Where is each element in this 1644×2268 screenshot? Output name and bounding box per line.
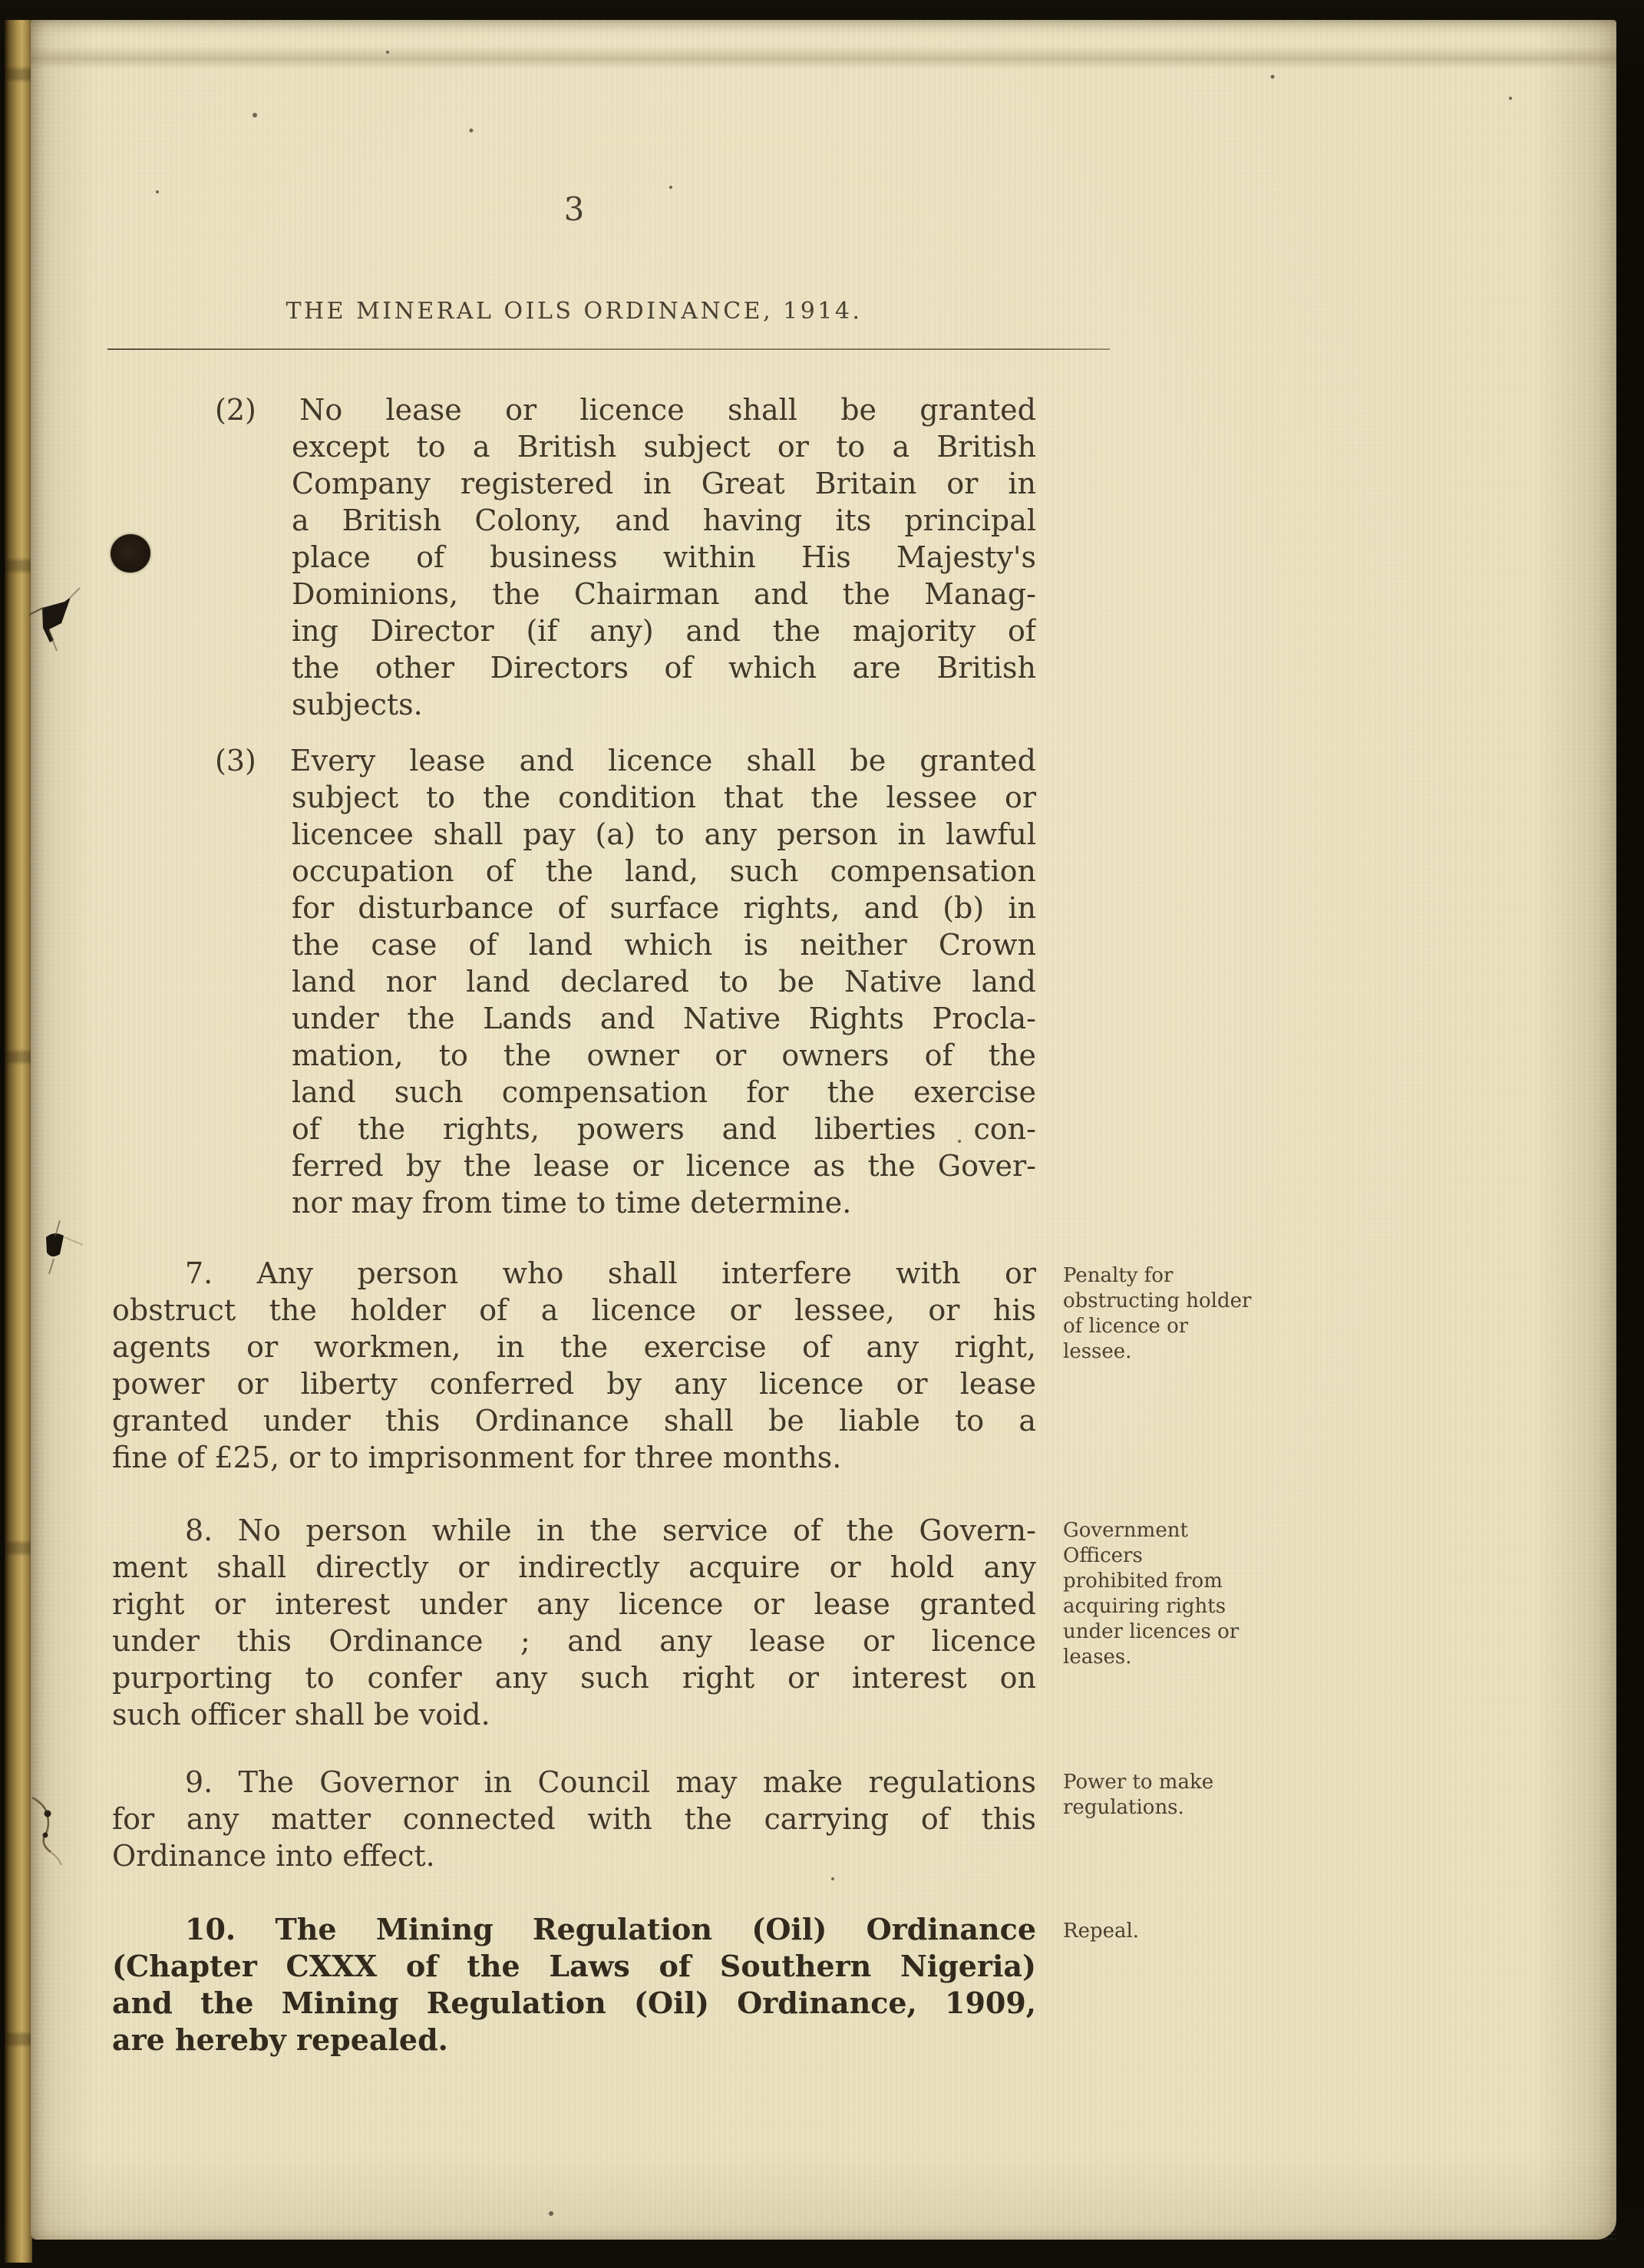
text-line: are hereby repealed.	[112, 2022, 1036, 2058]
document-page: 3 THE MINERAL OILS ORDINANCE, 1914. (2) …	[31, 20, 1616, 2240]
note-line: regulations.	[1063, 1795, 1324, 1821]
text-line: granted under this Ordinance shall be li…	[112, 1402, 1036, 1439]
text-line: a British Colony, and having its princip…	[292, 502, 1036, 539]
note-line: acquiring rights	[1063, 1594, 1324, 1619]
note-line: leases.	[1063, 1645, 1324, 1670]
text-line: ferred by the lease or licence as the Go…	[292, 1147, 1036, 1184]
section-8: 8. No person while in the service of the…	[112, 1512, 1036, 1733]
margin-note-power: Power to make regulations.	[1063, 1770, 1324, 1821]
note-line: prohibited from	[1063, 1569, 1324, 1594]
note-line: Government	[1063, 1518, 1324, 1543]
section-7: 7. Any person who shall interfere with o…	[112, 1255, 1036, 1476]
text-line: for any matter connected with the carryi…	[112, 1801, 1036, 1837]
text-line: place of business within His Majesty's	[292, 539, 1036, 576]
scan-dirt-band	[31, 46, 1616, 69]
text-line: ment shall directly or indirectly acquir…	[112, 1549, 1036, 1586]
text-line: Dominions, the Chairman and the Manag-	[292, 576, 1036, 612]
text-line: the case of land which is neither Crown	[292, 926, 1036, 963]
subsection-2: (2) No lease or licence shall be granted…	[215, 391, 1036, 723]
text-line: land nor land declared to be Native land	[292, 963, 1036, 1000]
section-10: 10. The Mining Regulation (Oil) Ordinanc…	[112, 1911, 1036, 2058]
text-line: and the Mining Regulation (Oil) Ordinanc…	[112, 1985, 1036, 2022]
text-line: 7. Any person who shall interfere with o…	[112, 1255, 1036, 1292]
text-line: Ordinance into effect.	[112, 1837, 1036, 1874]
margin-note-government-officers: Government Officers prohibited from acqu…	[1063, 1518, 1324, 1670]
scanned-document: 3 THE MINERAL OILS ORDINANCE, 1914. (2) …	[0, 0, 1644, 2268]
note-line: Officers	[1063, 1543, 1324, 1569]
note-line: lessee.	[1063, 1339, 1324, 1365]
section-9: 9. The Governor in Council may make regu…	[112, 1764, 1036, 1874]
note-line: Repeal.	[1063, 1919, 1324, 1944]
text-line: fine of £25, or to imprisonment for thre…	[112, 1439, 1036, 1476]
note-line: of licence or	[1063, 1314, 1324, 1339]
text-line: obstruct the holder of a licence or less…	[112, 1292, 1036, 1329]
text-line: for disturbance of surface rights, and (…	[292, 890, 1036, 926]
text-line: licencee shall pay (a) to any person in …	[292, 816, 1036, 853]
note-line: Power to make	[1063, 1770, 1324, 1795]
ink-dot	[108, 532, 153, 576]
margin-note-repeal: Repeal.	[1063, 1919, 1324, 1944]
text-line: such officer shall be void.	[112, 1696, 1036, 1733]
text-line: Company registered in Great Britain or i…	[292, 465, 1036, 502]
note-line: under licences or	[1063, 1619, 1324, 1645]
text-line: subject to the condition that the lessee…	[292, 779, 1036, 816]
text-line: subjects.	[292, 686, 1036, 723]
text-line: except to a British subject or to a Brit…	[292, 428, 1036, 465]
note-line: obstructing holder	[1063, 1289, 1324, 1314]
text-line: under this Ordinance ; and any lease or …	[112, 1623, 1036, 1659]
text-line: occupation of the land, such compensatio…	[292, 853, 1036, 890]
text-line: the other Directors of which are British	[292, 649, 1036, 686]
page-number: 3	[112, 190, 1036, 228]
page-title: THE MINERAL OILS ORDINANCE, 1914.	[112, 298, 1036, 325]
text-line: nor may from time to time determine.	[292, 1184, 1036, 1221]
text-line: of the rights, powers and liberties con-	[292, 1111, 1036, 1147]
text-line: right or interest under any licence or l…	[112, 1586, 1036, 1623]
text-line: (2) No lease or licence shall be granted	[215, 391, 1036, 428]
text-line: under the Lands and Native Rights Procla…	[292, 1000, 1036, 1037]
text-line: 10. The Mining Regulation (Oil) Ordinanc…	[112, 1911, 1036, 1948]
text-line: 8. No person while in the service of the…	[112, 1512, 1036, 1549]
text-line: land such compensation for the exercise	[292, 1074, 1036, 1111]
text-line: (3) Every lease and licence shall be gra…	[215, 742, 1036, 779]
text-line: mation, to the owner or owners of the	[292, 1037, 1036, 1074]
text-line: purporting to confer any such right or i…	[112, 1659, 1036, 1696]
subsection-3: (3) Every lease and licence shall be gra…	[215, 742, 1036, 1221]
text-line: ing Director (if any) and the majority o…	[292, 612, 1036, 649]
margin-note-penalty: Penalty for obstructing holder of licenc…	[1063, 1263, 1324, 1365]
text-line: 9. The Governor in Council may make regu…	[112, 1764, 1036, 1801]
text-line: agents or workmen, in the exercise of an…	[112, 1329, 1036, 1365]
text-line: (Chapter CXXX of the Laws of Southern Ni…	[112, 1948, 1036, 1985]
book-binding-edge	[5, 20, 32, 2263]
title-rule	[107, 348, 1110, 350]
text-line: power or liberty conferred by any licenc…	[112, 1365, 1036, 1402]
note-line: Penalty for	[1063, 1263, 1324, 1289]
